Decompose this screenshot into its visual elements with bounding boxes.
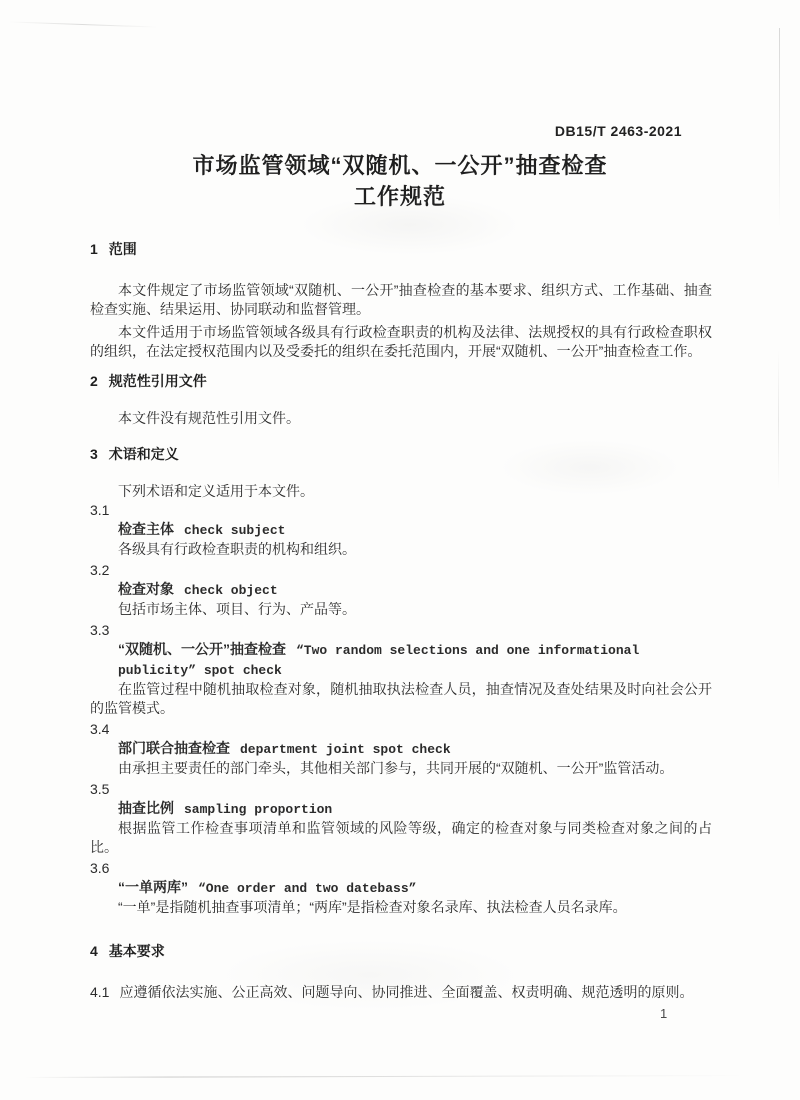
term-name-en: “One order and two datebass”	[198, 881, 416, 896]
scan-artifact-top-crease	[8, 21, 158, 27]
term-line: “双随机、一公开”抽查检查“Two random selections and …	[118, 640, 712, 680]
term-entry-3-4: 3.4 部门联合抽查检查department joint spot check …	[90, 720, 712, 778]
section-label: 基本要求	[109, 943, 165, 959]
section-number: 2	[90, 373, 98, 389]
section-label: 术语和定义	[109, 446, 179, 462]
section-label: 规范性引用文件	[109, 373, 207, 389]
scanned-document-page: DB15/T 2463-2021 市场监管领域“双随机、一公开”抽查检查 工作规…	[0, 0, 800, 1100]
term-name-en: sampling proportion	[184, 802, 332, 817]
term-definition: 包括市场主体、项目、行为、产品等。	[90, 600, 712, 619]
term-entry-3-3: 3.3 “双随机、一公开”抽查检查“Two random selections …	[90, 621, 712, 718]
term-entry-3-2: 3.2 检查对象check object 包括市场主体、项目、行为、产品等。	[90, 561, 712, 619]
scope-paragraph-1: 本文件规定了市场监管领域“双随机、一公开”抽查检查的基本要求、组织方式、工作基础…	[90, 281, 712, 319]
section-number: 3	[90, 446, 98, 462]
document-title: 市场监管领域“双随机、一公开”抽查检查 工作规范	[0, 150, 800, 212]
title-line-1: 市场监管领域“双随机、一公开”抽查检查	[0, 150, 800, 181]
term-number: 3.1	[90, 501, 712, 520]
term-number: 3.2	[90, 561, 712, 580]
section-number: 4	[90, 943, 98, 959]
term-name-cn: “一单两库”	[118, 879, 188, 895]
term-line: 检查对象check object	[118, 580, 712, 600]
term-number: 3.4	[90, 720, 712, 739]
term-line: 部门联合抽查检查department joint spot check	[118, 739, 712, 759]
term-name-cn: “双随机、一公开”抽查检查	[118, 641, 286, 657]
term-definition: 根据监管工作检查事项清单和监管领域的风险等级，确定的检查对象与同类检查对象之间的…	[90, 819, 712, 857]
term-line: 抽查比例sampling proportion	[118, 799, 712, 819]
term-name-en: check object	[184, 583, 278, 598]
terms-intro-paragraph: 下列术语和定义适用于本文件。	[90, 482, 712, 501]
term-definition: 在监管过程中随机抽取检查对象，随机抽取执法检查人员，抽查情况及查处结果及时向社会…	[90, 680, 712, 718]
term-number: 3.6	[90, 859, 712, 878]
term-line: 检查主体check subject	[118, 520, 712, 540]
term-line: “一单两库”“One order and two datebass”	[118, 878, 712, 898]
term-definition: 各级具有行政检查职责的机构和组织。	[90, 540, 712, 559]
term-definition: “一单”是指随机抽查事项清单；“两库”是指检查对象名录库、执法检查人员名录库。	[90, 898, 712, 917]
term-number: 3.5	[90, 780, 712, 799]
section-4-heading: 4基本要求	[90, 943, 712, 959]
scan-artifact-right-edge-lower	[778, 350, 779, 490]
term-name-cn: 检查对象	[118, 581, 174, 597]
normative-references-paragraph: 本文件没有规范性引用文件。	[90, 409, 712, 428]
clause-4-1: 4.1应遵循依法实施、公正高效、问题导向、协同推进、全面覆盖、权责明确、规范透明…	[90, 983, 712, 1002]
page-number: 1	[660, 1006, 667, 1021]
term-entry-3-1: 3.1 检查主体check subject 各级具有行政检查职责的机构和组织。	[90, 501, 712, 559]
section-number: 1	[90, 241, 98, 257]
term-entry-3-6: 3.6 “一单两库”“One order and two datebass” “…	[90, 859, 712, 917]
term-name-en: check subject	[184, 523, 285, 538]
section-label: 范围	[109, 241, 137, 257]
standard-doc-number: DB15/T 2463-2021	[555, 123, 682, 139]
term-name-en: department joint spot check	[240, 742, 451, 757]
term-name-cn: 部门联合抽查检查	[118, 740, 230, 756]
term-entry-3-5: 3.5 抽查比例sampling proportion 根据监管工作检查事项清单…	[90, 780, 712, 857]
clause-text: 应遵循依法实施、公正高效、问题导向、协同推进、全面覆盖、权责明确、规范透明的原则…	[119, 984, 693, 1000]
clause-number: 4.1	[90, 984, 109, 1000]
document-body: 1范围 本文件规定了市场监管领域“双随机、一公开”抽查检查的基本要求、组织方式、…	[90, 241, 712, 1002]
scan-artifact-bottom-edge	[25, 1075, 745, 1078]
term-name-cn: 检查主体	[118, 521, 174, 537]
section-3-heading: 3术语和定义	[90, 446, 712, 462]
term-definition: 由承担主要责任的部门牵头，其他相关部门参与，共同开展的“双随机、一公开”监管活动…	[90, 759, 712, 778]
section-2-heading: 2规范性引用文件	[90, 373, 712, 389]
term-number: 3.3	[90, 621, 712, 640]
title-line-2: 工作规范	[0, 181, 800, 212]
section-1-heading: 1范围	[90, 241, 712, 257]
term-name-cn: 抽查比例	[118, 800, 174, 816]
scope-paragraph-2: 本文件适用于市场监管领域各级具有行政检查职责的机构及法律、法规授权的具有行政检查…	[90, 323, 712, 361]
